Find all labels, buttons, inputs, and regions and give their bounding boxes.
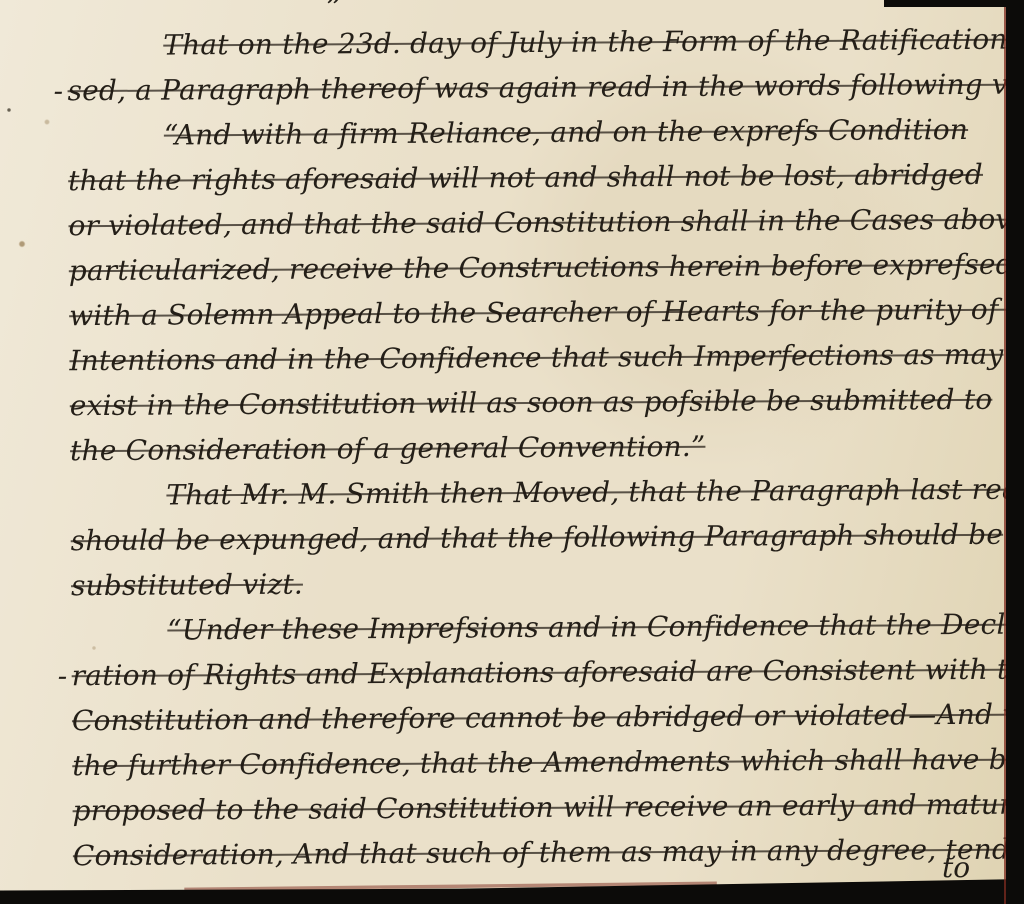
- manuscript-line-17: the further Confidence, that the Amendme…: [72, 737, 996, 788]
- manuscript-line-9: exist in the Constitution will as soon a…: [70, 377, 994, 428]
- manuscript-line-11: That Mr. M. Smith then Moved, that the P…: [70, 467, 994, 518]
- manuscript-line-5: or violated, and that the said Constitut…: [68, 197, 992, 248]
- line-text: particularized, receive the Construction…: [69, 248, 1023, 288]
- manuscript-line-13: substituted vizt.: [71, 557, 995, 608]
- manuscript-line-3: “And with a firm Reliance, and on the ex…: [68, 107, 992, 158]
- line-text: exist in the Constitution will as soon a…: [70, 383, 993, 422]
- manuscript-line-19: Consideration, And that such of them as …: [73, 827, 997, 878]
- manuscript-line-16: Constitution and therefore cannot be abr…: [72, 692, 996, 743]
- margin-hyphen: -: [57, 653, 67, 698]
- manuscript-page: ” That on the 23d. day of July in the Fo…: [0, 0, 1024, 904]
- manuscript-line-18: proposed to the said Constitution will r…: [72, 782, 996, 833]
- manuscript-line-8: Intentions and in the Confidence that su…: [69, 332, 993, 383]
- line-text: Intentions and in the Confidence that su…: [69, 338, 1003, 378]
- line-text: sed, a Paragraph thereof was again read …: [67, 67, 1024, 107]
- manuscript-line-1: That on the 23d. day of July in the Form…: [67, 17, 991, 68]
- line-text: substituted vizt.: [71, 568, 303, 603]
- line-text: “And with a firm Reliance, and on the ex…: [164, 113, 968, 152]
- manuscript-line-15: -ration of Rights and Explanations afore…: [71, 647, 995, 698]
- line-text: or violated, and that the said Constitut…: [68, 203, 1024, 243]
- line-text: That Mr. M. Smith then Moved, that the P…: [166, 472, 1024, 511]
- margin-hyphen: -: [53, 68, 63, 113]
- manuscript-line-7: with a Solemn Appeal to the Searcher of …: [69, 287, 993, 338]
- line-text: Constitution and therefore cannot be abr…: [72, 697, 1024, 737]
- manuscript-line-12: should be expunged, and that the followi…: [71, 512, 995, 563]
- manuscript-line-10: the Consideration of a general Conventio…: [70, 422, 994, 473]
- page-edge-right: [1004, 0, 1024, 904]
- manuscript-line-2: -sed, a Paragraph thereof was again read…: [67, 62, 991, 113]
- line-text: Consideration, And that such of them as …: [73, 833, 1010, 873]
- line-text: “Under these Imprefsions and in Confiden…: [167, 608, 1024, 647]
- line-text: that the rights aforesaid will not and s…: [68, 158, 983, 197]
- line-text: the further Confidence, that the Amendme…: [72, 742, 1024, 782]
- line-text: That on the 23d. day of July in the Form…: [163, 22, 1024, 62]
- line-text: proposed to the said Constitution will r…: [72, 788, 1024, 828]
- line-text: with a Solemn Appeal to the Searcher of …: [69, 292, 1024, 332]
- manuscript-line-6: particularized, receive the Construction…: [69, 242, 993, 293]
- manuscript-text-block: That on the 23d. day of July in the Form…: [67, 0, 997, 878]
- line-text: ration of Rights and Explanations afores…: [72, 652, 1024, 692]
- line-text: the Consideration of a general Conventio…: [70, 430, 706, 467]
- manuscript-line-14: “Under these Imprefsions and in Confiden…: [71, 602, 995, 653]
- scan-artifact-bar: [884, 0, 1010, 7]
- line-text: should be expunged, and that the followi…: [71, 518, 1004, 558]
- manuscript-line-4: that the rights aforesaid will not and s…: [68, 152, 992, 203]
